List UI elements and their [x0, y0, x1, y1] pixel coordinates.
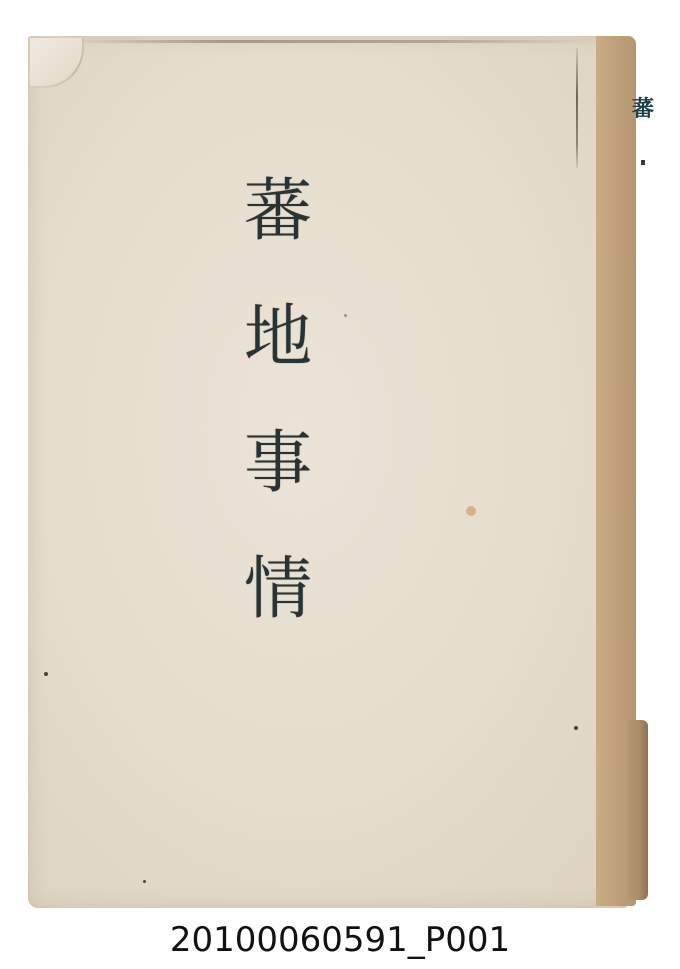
title-char-1: 蕃 — [244, 178, 312, 246]
speck — [143, 880, 146, 883]
speck — [344, 314, 347, 317]
cover-title: 蕃 地 事 情 — [228, 178, 328, 682]
image-caption: 20100060591_P001 — [0, 920, 680, 960]
spine-crease-line — [576, 48, 578, 168]
title-char-3: 事 — [244, 430, 312, 498]
title-char-4: 情 — [244, 556, 312, 624]
spine-mark — [641, 160, 645, 165]
stain-spot — [466, 506, 476, 516]
spine-torn-edge — [628, 720, 648, 900]
title-char-2: 地 — [244, 304, 312, 372]
book-cover — [28, 36, 628, 908]
speck — [44, 672, 48, 676]
spine-label: 蕃 — [632, 98, 654, 120]
speck — [574, 726, 578, 730]
